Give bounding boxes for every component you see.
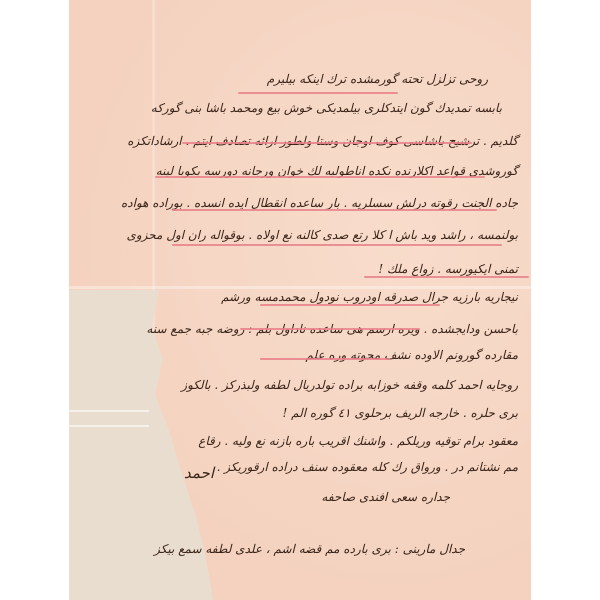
paper-fold-crease	[69, 286, 531, 289]
handwritten-line: ﻣﻌﻘﻮﺩ ﺑﺮﺍﻡ ﺗﻮﻗﻴﻪ ﻭﺭﻳﻠﻜﻢ . ﻭﺍﺷﻨﻚ ﺍﻗﺮﻳﺐ ﺑﺎ…	[198, 434, 518, 448]
red-underline	[238, 92, 398, 94]
handwritten-line: ﺗﻤﻨﻰ ﺍﻳﻜﻴﻮﺭﺳﻪ . ﺯﻭﺍﻉ ﻣﻠﻚ !	[378, 262, 518, 276]
red-underline	[240, 328, 420, 330]
handwritten-line: ﺑﻮﻟﻨﻤﺴﻪ ، ﺭﺍﺷﺪ ﻭﻳﺪ ﺑﺎﺵ ﺍ ﻛﻼ ﺭﺗﻊ ﺻﺪﻯ ﻛﺎﻟﻨ…	[126, 228, 518, 242]
torn-corner-crease	[69, 425, 149, 427]
handwritten-line: ﺑﺎﺑﺴﻪ ﺗﻤﺪﻳﺪﻙ ﮔﻮﻥ ﺍﻳﺘﺪﻛﻠﺮﻯ ﺑﻴﻠﻤﺪﻳﻜﻰ ﺧﻮﺵ ﺑ…	[151, 101, 502, 115]
red-underline	[172, 209, 497, 211]
red-underline	[260, 304, 440, 306]
red-underline	[260, 358, 390, 360]
handwritten-line: ﻣﻢ ﻧﺸﺘﺎﻧﻢ ﺩﺭ . ﻭﺭﻭﺍﻕ ﺭﻙ ﻛﻠﻪ ﻣﻌﻘﻮﺩﻩ ﺳﻨﻒ ﺩ…	[217, 460, 518, 474]
handwritten-line: ﺟﺪﺍﻝ ﻣﺎﺭﻳﻨﻰ : ﺑﺮﻯ ﺑﺎﺭﺩﻩ ﻣﻢ ﻗﻀﻪ ﺍﺷﻢ ، ﻋﻠﺪ…	[154, 542, 465, 556]
red-underline	[364, 276, 529, 278]
torn-corner-crease	[69, 410, 149, 412]
handwritten-line: ﺑﺮﻯ ﺣﻠﺮﻩ . ﺧﺎﺭﺟﻪ ﺍﻟﺮﻳﻒ ﺑﺮﺣﻠﻮﻯ ٤١ ﮔﻮﺭﻩ ﺍﻟ…	[282, 406, 518, 420]
red-underline	[172, 244, 502, 246]
handwritten-line: ﮔﻠﺪﻳﻢ . ﺗﺮﺷﻴﺢ ﺑﺎﺷﺎﺳﻰ ﻛﻮﻑ ﺍﻭﺟﺎﻥ ﻭﺳﺘﺎ ﻭﻟﻄﻮ…	[127, 134, 518, 148]
handwritten-line: ﺭﻭﺣﻰ ﺗﺰﻟﺰﻝ ﺗﺤﺘﻪ ﮔﻮﺭﻣﺸﺪﻩ ﺗﺮﻙ ﺍﻳﻨﻜﻪ ﺑﻴﻠﻴﺮﻡ	[267, 72, 488, 86]
handwritten-line: ﺟﺪﺍﺭﻩ ﺳﻌﻰ ﺍﻓﻨﺪﻯ ﺻﺎﺣﻔﻪ	[321, 490, 450, 504]
signature: ﺍﺣﻤﺪ	[184, 464, 214, 482]
handwritten-line: ﻧﻴﺠﺎﺭﻳﻪ ﺑﺎﺭﺯﻳﻪ ﺟﺮﺍﻝ ﺻﺪﺭﻗﻪ ﺍﻭﺩﺭﻭﺏ ﻧﻮﺩﻭﻝ ﻣ…	[221, 290, 518, 304]
red-underline	[182, 142, 472, 144]
red-underline	[155, 176, 485, 178]
handwritten-line: ﺟﺎﺩﻩ ﺍﻟﺠﻨﺖ ﺭﻗﻮﺗﻪ ﺩﺭﻟﺶ ﺳﺴﻠﺮﻳﻪ . ﺑﺎﺭ ﺳﺎﻋﺪﻩ…	[121, 196, 518, 210]
handwritten-line: ﺭﻭﺟﺎﻳﻪ ﺍﺣﻤﺪ ﻛﻠﻤﻪ ﻭﻗﻔﻪ ﺧﻮﺯﺍﺑﻪ ﺑﺮﺍﺩﻩ ﺗﻮﻟﺪﺭ…	[181, 378, 518, 392]
